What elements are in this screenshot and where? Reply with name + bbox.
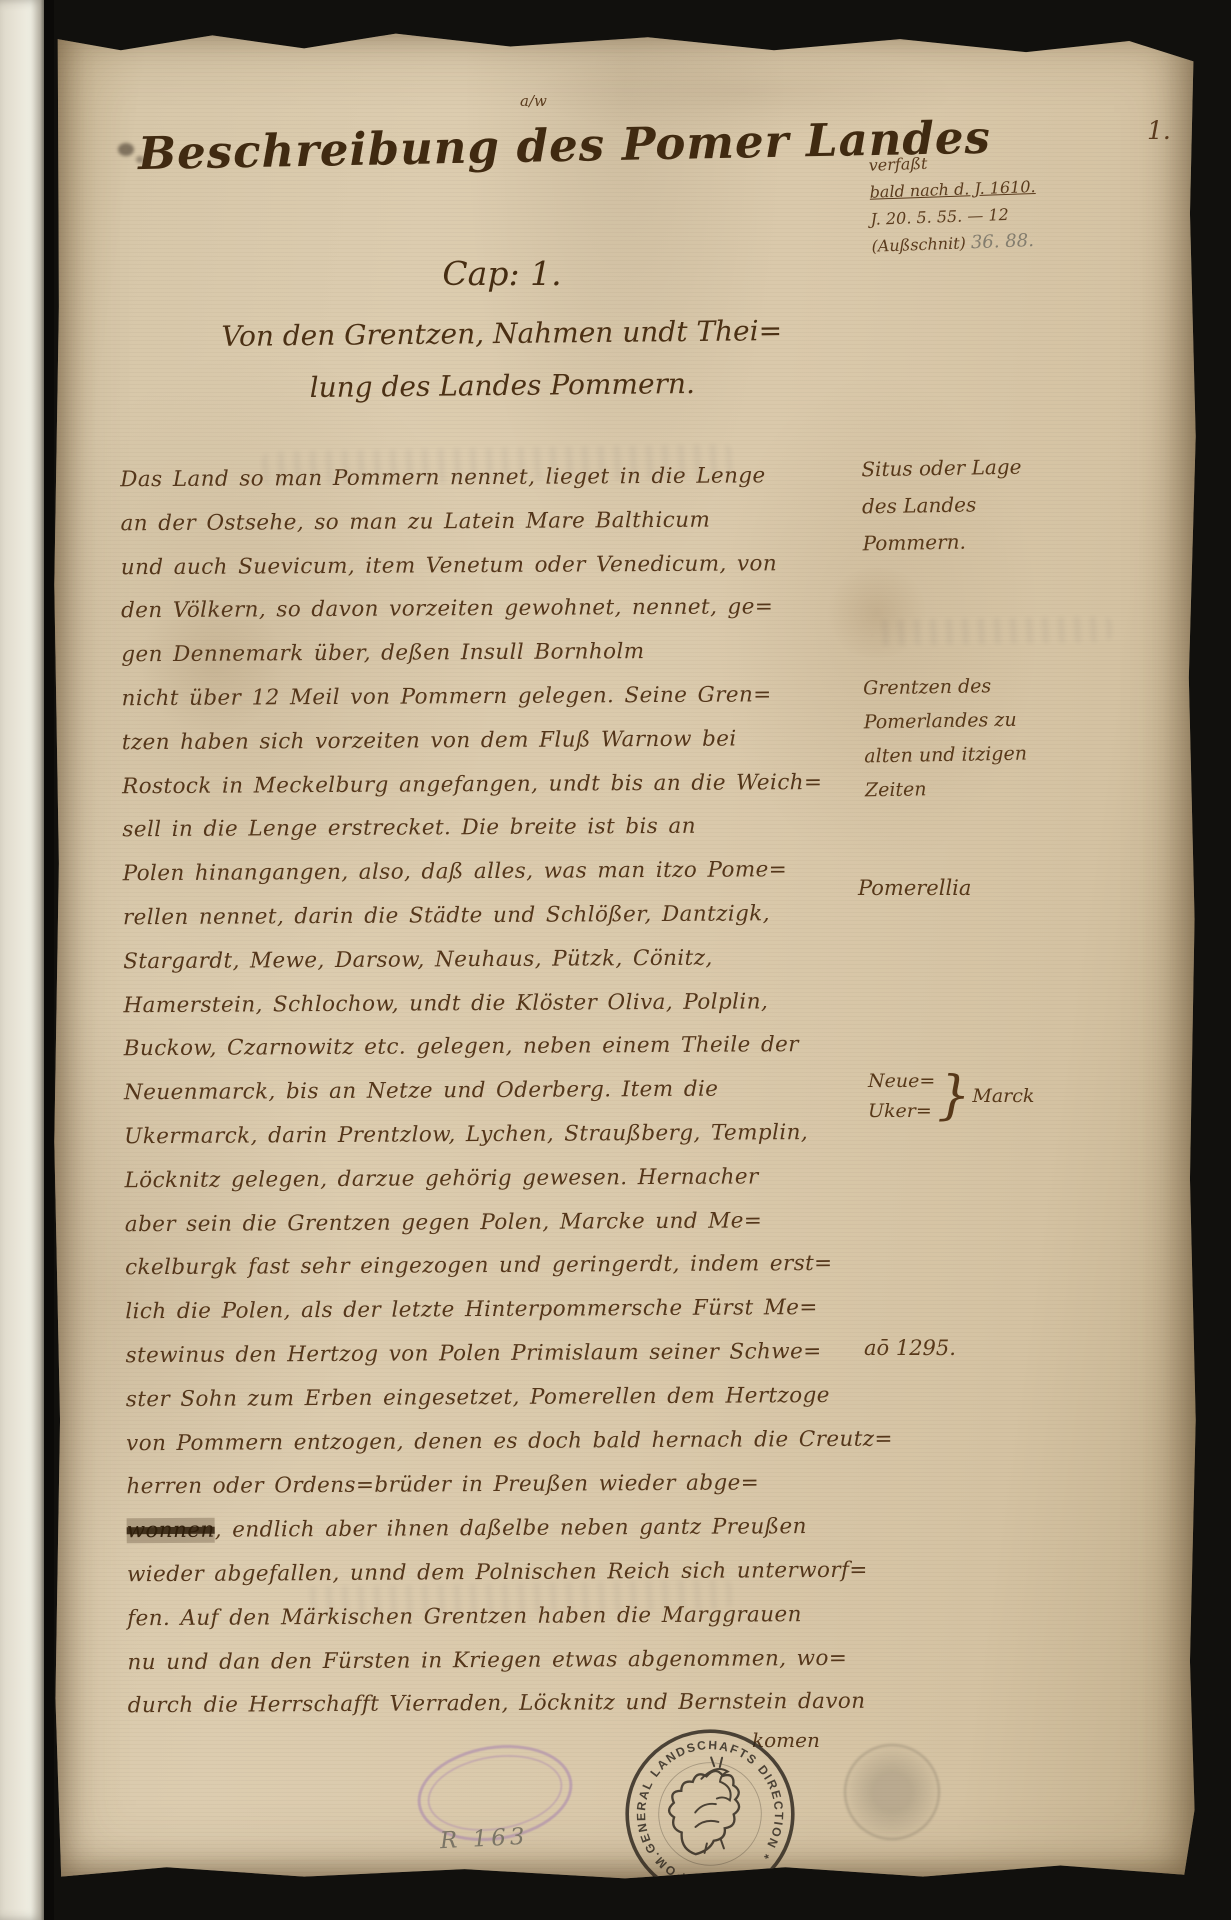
- brace-glyph: }: [937, 1066, 970, 1126]
- body-line: ster Sohn zum Erben eingesetzet, Pomerel…: [126, 1373, 866, 1421]
- ink-bleed-through: [872, 616, 1112, 646]
- margin-note-situs: Situs oder Lage des Landes Pommern.: [861, 449, 1023, 563]
- body-line: lich die Polen, als der letzte Hinterpom…: [125, 1286, 865, 1334]
- body-line: rellen nennet, darin die Städte und Schl…: [123, 892, 863, 940]
- margin-note-pomerellia: Pomerellia: [858, 876, 971, 900]
- body-line: Neuenmarck, bis an Netze und Oderberg. I…: [124, 1067, 864, 1115]
- pencil-shelfmark: R 163: [439, 1824, 529, 1855]
- body-line: Polen hinangangen, also, daß alles, was …: [123, 848, 863, 896]
- body-line: ckelburgk fast sehr eingezogen und gerin…: [125, 1242, 865, 1290]
- body-line: Buckow, Czarnowitz etc. gelegen, neben e…: [124, 1023, 864, 1071]
- margin-note-line: des Landes: [862, 486, 1023, 526]
- body-line: Rostock in Meckelburg angefangen, undt b…: [122, 760, 862, 808]
- body-line: wieder abgefallen, unnd dem Polnischen R…: [127, 1549, 867, 1597]
- margin-note-line: Grentzen des: [863, 669, 1026, 706]
- margin-note-line: Marck: [972, 1085, 1034, 1107]
- margin-note-line: alten und itzigen: [864, 737, 1027, 774]
- header-mark: a/w: [520, 92, 547, 110]
- body-line: Löcknitz gelegen, darzue gehörig gewesen…: [124, 1154, 864, 1202]
- margin-note-line: Pomerlandes zu: [863, 703, 1026, 740]
- body-line: aber sein die Grentzen gegen Polen, Marc…: [125, 1198, 865, 1246]
- body-line: Hamerstein, Schlochow, undt die Klöster …: [123, 979, 863, 1027]
- body-line-rest: , endlich aber ihnen daßelbe neben gantz…: [215, 1514, 807, 1543]
- chapter-subtitle-line1: Von den Grentzen, Nahmen undt Thei=: [161, 304, 842, 363]
- body-line: Ukermarck, darin Prentzlow, Lychen, Stra…: [124, 1111, 864, 1159]
- archival-note-line4-ink: (Außschnit): [871, 233, 966, 255]
- body-line: tzen haben sich vorzeiten von dem Fluß W…: [122, 717, 862, 765]
- archival-date-note: verfaßt bald nach d. J. 1610. J. 20. 5. …: [868, 140, 1202, 259]
- margin-note-grentzen: Grentzen des Pomerlandes zu alten und it…: [863, 669, 1028, 808]
- folio-number-pencil: 1: [1197, 70, 1218, 98]
- body-line: herren oder Ordens=brüder in Preußen wie…: [126, 1461, 866, 1509]
- margin-note-marck: Neue= Uker= } Marck: [868, 1066, 1034, 1126]
- body-line: fen. Auf den Märkischen Grentzen haben d…: [127, 1592, 867, 1640]
- body-line: nu und dan den Fürsten in Kriegen etwas …: [127, 1636, 867, 1684]
- body-line: Stargardt, Mewe, Darsow, Neuhaus, Pützk,…: [123, 936, 863, 984]
- binding-shadow: [44, 0, 54, 1920]
- body-line: nicht über 12 Meil von Pommern gelegen. …: [121, 673, 861, 721]
- shelfmark-pencil: 36. 88.: [971, 230, 1035, 253]
- chapter-subtitle-line2: lung des Landes Pommern.: [162, 356, 843, 415]
- body-line: sell in die Lenge erstrecket. Die breite…: [122, 804, 862, 852]
- body-line: und auch Suevicum, item Venetum oder Ven…: [121, 541, 861, 589]
- chapter-heading: Cap: 1.: [352, 254, 652, 293]
- margin-note-line: Situs oder Lage: [861, 449, 1022, 489]
- margin-note-line: Uker=: [868, 1096, 935, 1126]
- griffin-crest-icon: [663, 1754, 747, 1857]
- landschafts-direction-stamp: PR.POM.GENERAL LANDSCHAFTS DIRECTION *: [608, 1712, 811, 1915]
- body-line: stewinus den Hertzog von Polen Primislau…: [125, 1330, 865, 1378]
- margin-note-year: aō 1295.: [864, 1336, 956, 1360]
- manuscript-scan: a/w Beschreibung des Pomer Landes Cap: 1…: [0, 0, 1231, 1920]
- body-line: gen Dennemark über, deßen Insull Bornhol…: [121, 629, 861, 677]
- body-line: den Völkern, so davon vorzeiten gewohnet…: [121, 585, 861, 633]
- body-text: Das Land so man Pommern nennet, lieget i…: [120, 454, 868, 1729]
- margin-note-line: Zeiten: [865, 771, 1028, 808]
- struck-word: wonnen: [127, 1518, 215, 1544]
- margin-note-stacked-words: Neue= Uker=: [868, 1066, 935, 1126]
- margin-note-line: Neue=: [868, 1066, 935, 1096]
- body-line: Das Land so man Pommern nennet, lieget i…: [120, 454, 860, 502]
- body-line: von Pommern entzogen, denen es doch bald…: [126, 1417, 866, 1465]
- page-title: Beschreibung des Pomer Landes: [138, 113, 879, 180]
- body-line-with-strikethrough: wonnen, endlich aber ihnen daßelbe neben…: [127, 1505, 867, 1553]
- ink-blot: [118, 143, 134, 156]
- manuscript-page: a/w Beschreibung des Pomer Landes Cap: 1…: [52, 28, 1198, 1884]
- margin-note-line: Pommern.: [862, 523, 1023, 563]
- adjacent-page-edge: [0, 0, 44, 1920]
- faint-round-stamp: [844, 1744, 940, 1840]
- chapter-subtitle: Von den Grentzen, Nahmen undt Thei= lung…: [161, 304, 842, 415]
- body-line: an der Ostsehe, so man zu Latein Mare Ba…: [120, 498, 860, 546]
